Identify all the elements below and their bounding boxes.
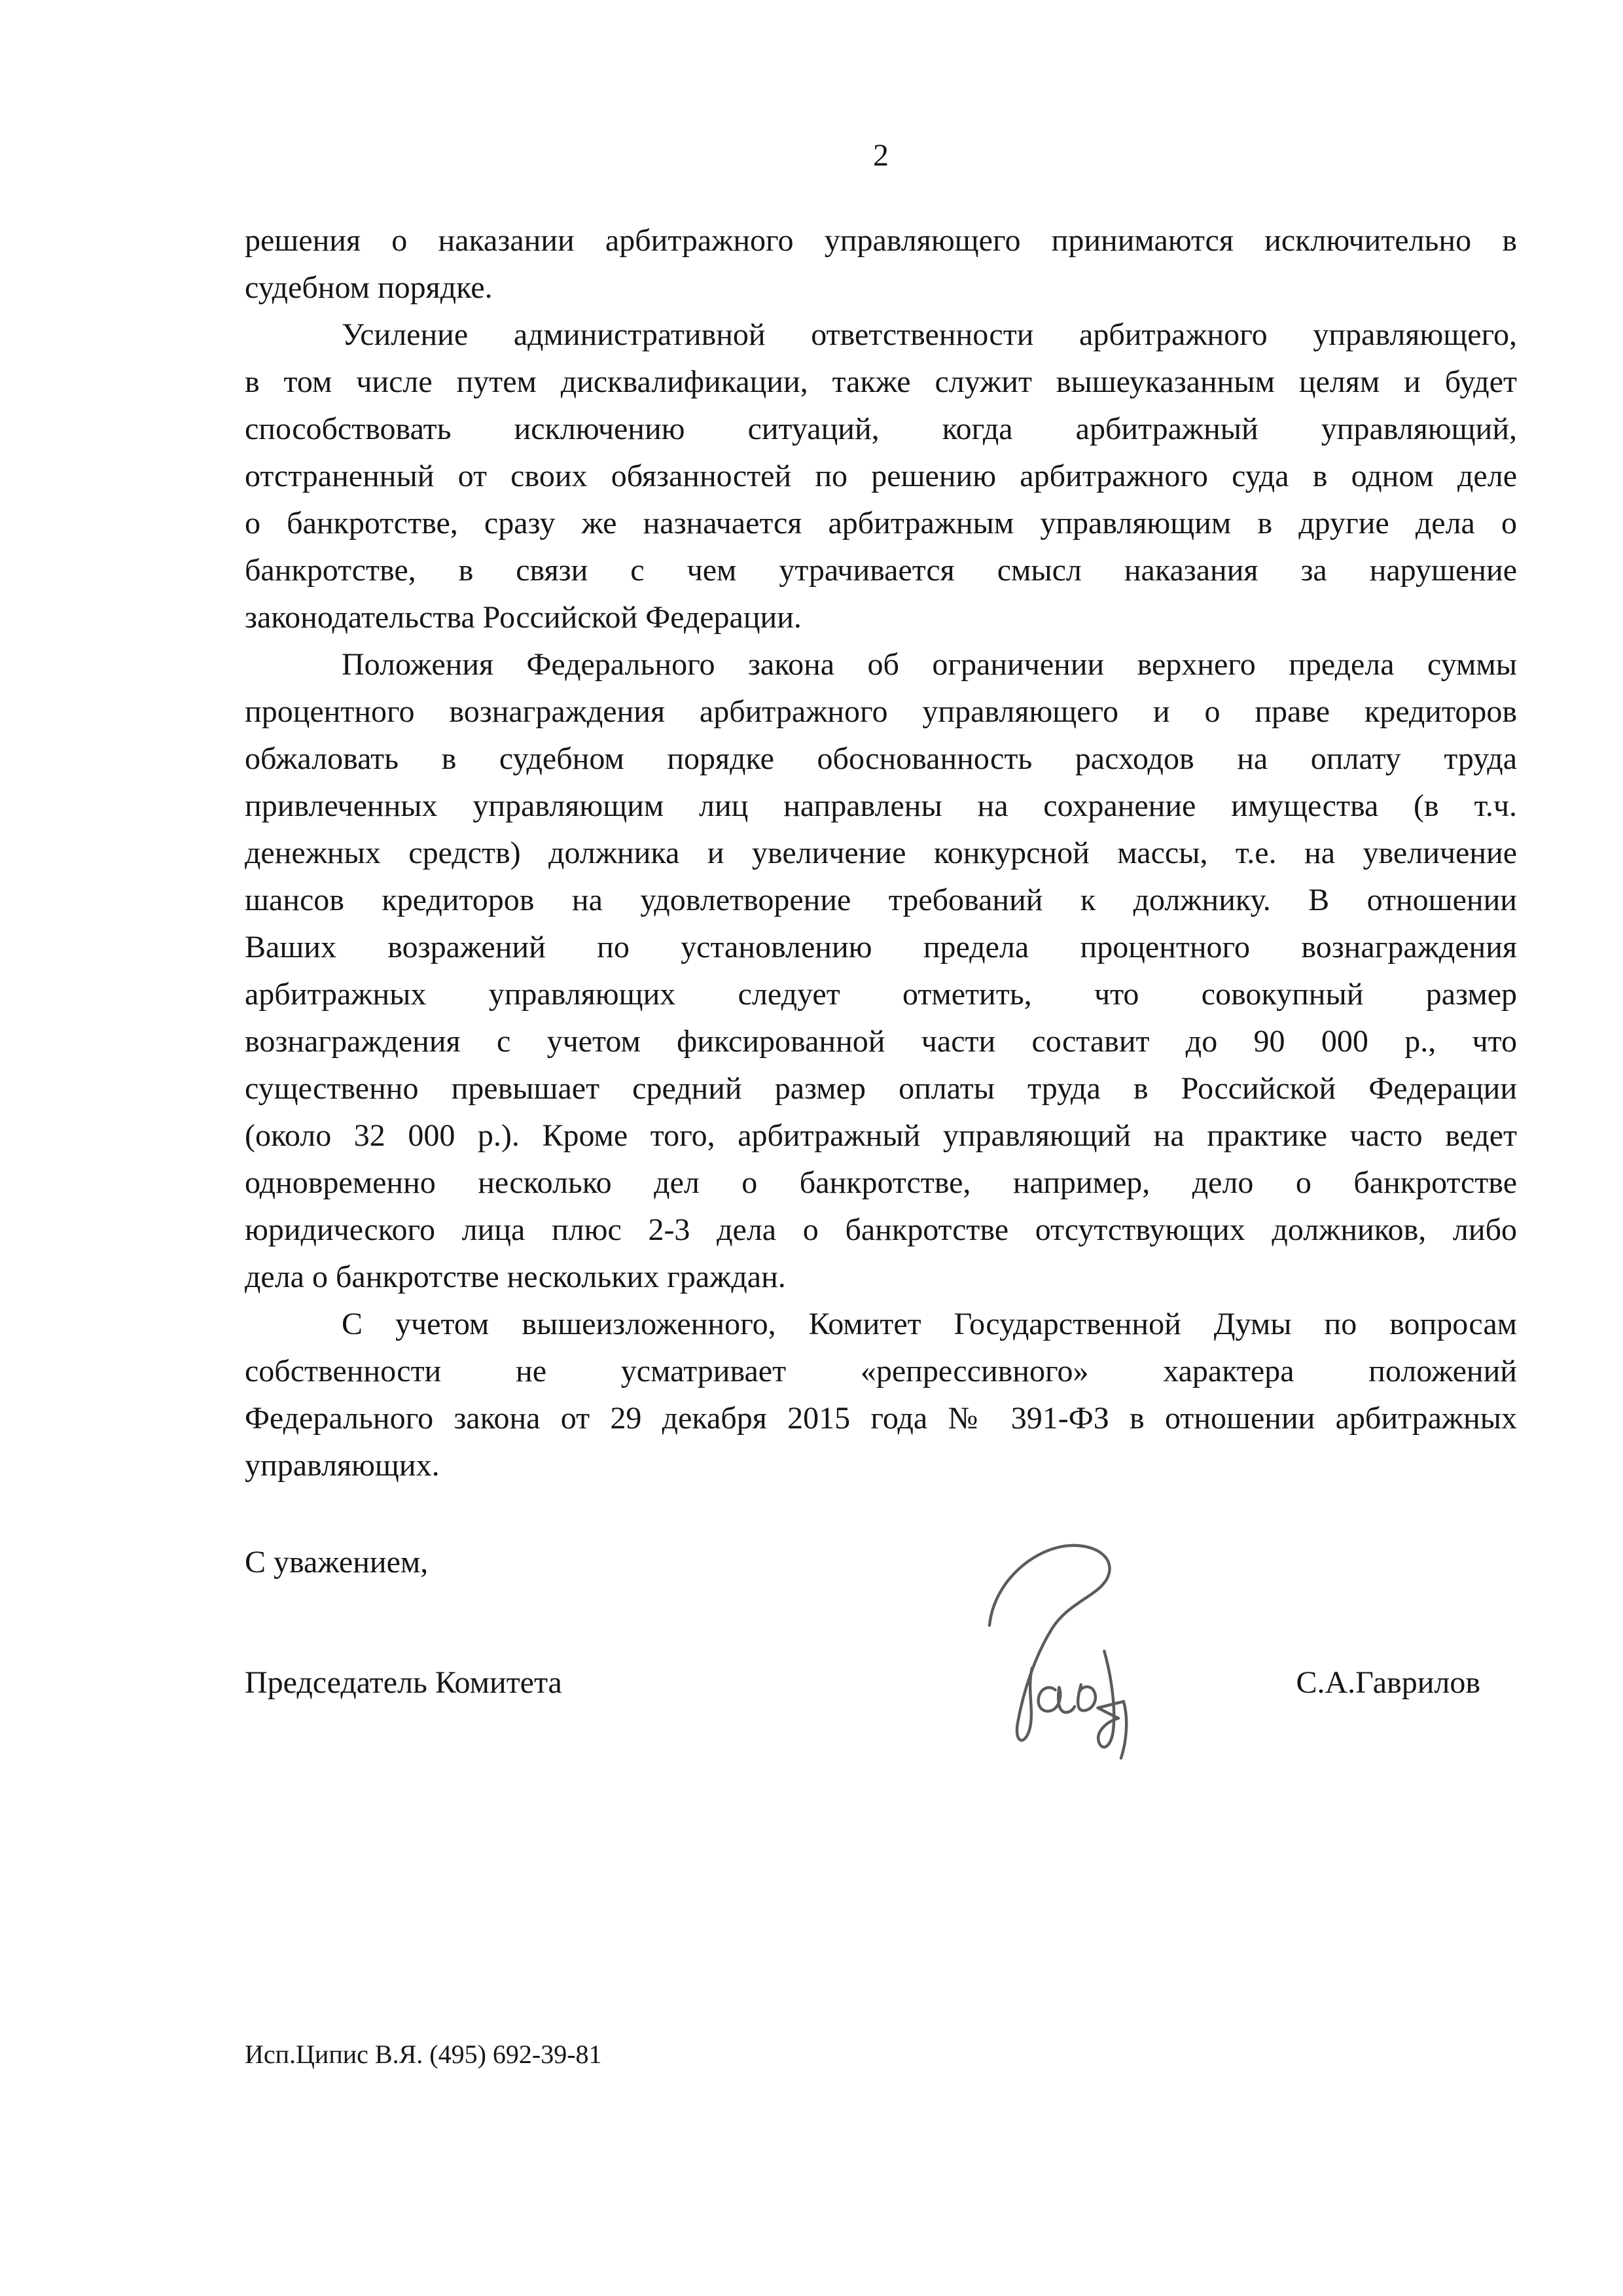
- salutation: С уважением,: [245, 1539, 428, 1586]
- body-line: привлеченных управляющим лиц направлены …: [245, 783, 1517, 830]
- body-line: вознаграждения с учетом фиксированной ча…: [245, 1018, 1517, 1065]
- signer-row: Председатель Комитета С.А.Гаврилов: [245, 1659, 1517, 1706]
- page-number: 2: [245, 137, 1517, 174]
- body-line: о банкротстве, сразу же назначается арби…: [245, 500, 1517, 547]
- document-page: 2 решения о наказании арбитражного управ…: [0, 0, 1623, 2296]
- body-line: банкротстве, в связи с чем утрачивается …: [245, 547, 1517, 594]
- body-line: денежных средств) должника и увеличение …: [245, 830, 1517, 877]
- body-line: собственности не усматривает «репрессивн…: [245, 1348, 1517, 1395]
- body-line: одновременно несколько дел о банкротстве…: [245, 1159, 1517, 1207]
- letter-body: решения о наказании арбитражного управля…: [245, 217, 1517, 1489]
- signature-stroke: [1097, 1651, 1126, 1759]
- body-line: отстраненный от своих обязанностей по ре…: [245, 453, 1517, 500]
- body-line: способствовать исключению ситуаций, когд…: [245, 406, 1517, 453]
- body-line: в том числе путем дисквалификации, также…: [245, 359, 1517, 406]
- body-line: законодательства Российской Федерации.: [245, 594, 1517, 641]
- body-line: существенно превышает средний размер опл…: [245, 1065, 1517, 1112]
- signer-name: С.А.Гаврилов: [1296, 1659, 1480, 1706]
- body-line: решения о наказании арбитражного управля…: [245, 217, 1517, 264]
- body-line: Федерального закона от 29 декабря 2015 г…: [245, 1395, 1517, 1442]
- body-line: юридического лица плюс 2-3 дела о банкро…: [245, 1207, 1517, 1254]
- executor-line: Исп.Ципис В.Я. (495) 692-39-81: [245, 2039, 602, 2070]
- body-line: (около 32 000 р.). Кроме того, арбитражн…: [245, 1112, 1517, 1159]
- body-line: управляющих.: [245, 1442, 1517, 1489]
- body-line: шансов кредиторов на удовлетворение треб…: [245, 877, 1517, 924]
- body-line: судебном порядке.: [245, 264, 1517, 311]
- signature-stroke: [1078, 1685, 1096, 1711]
- signature-stroke: [1039, 1687, 1075, 1712]
- body-line: процентного вознаграждения арбитражного …: [245, 688, 1517, 735]
- body-line: Усиление административной ответственност…: [245, 311, 1517, 359]
- body-line: Ваших возражений по установлению предела…: [245, 924, 1517, 971]
- body-line: С учетом вышеизложенного, Комитет Госуда…: [245, 1301, 1517, 1348]
- body-line: Положения Федерального закона об огранич…: [245, 641, 1517, 688]
- body-line: арбитражных управляющих следует отметить…: [245, 971, 1517, 1018]
- body-line: обжаловать в судебном порядке обоснованн…: [245, 735, 1517, 783]
- body-line: дела о банкротстве нескольких граждан.: [245, 1254, 1517, 1301]
- signer-title: Председатель Комитета: [245, 1659, 562, 1706]
- signature: [976, 1542, 1173, 1761]
